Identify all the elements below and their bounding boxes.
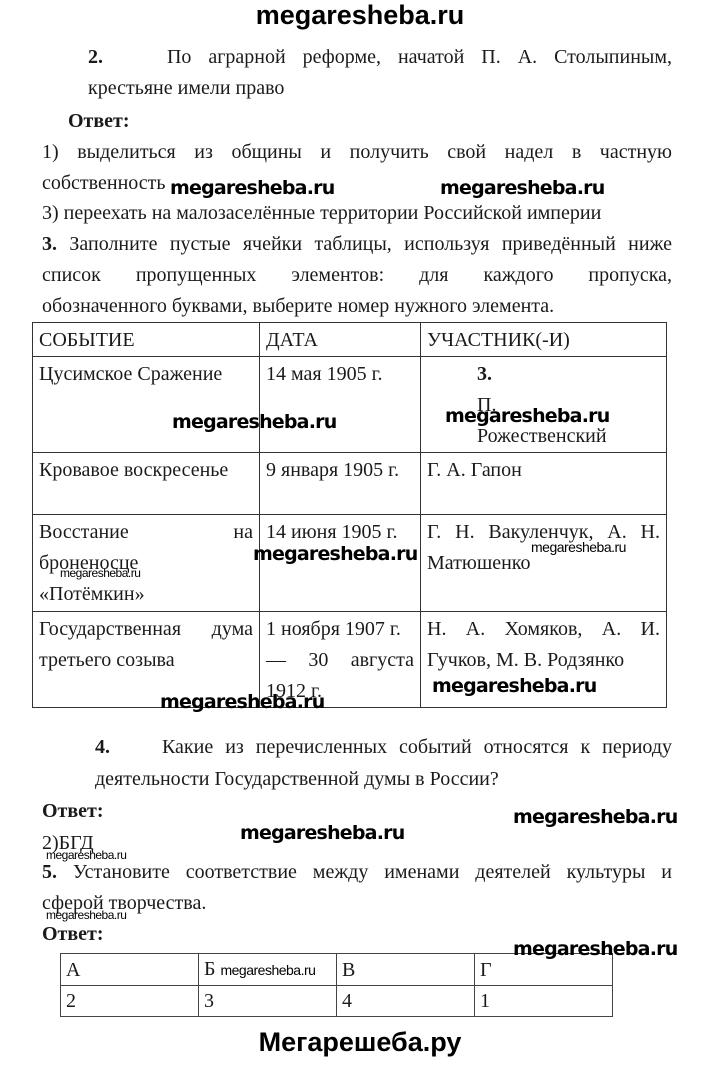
answer-letter: Б megaresheba.ru <box>199 954 337 986</box>
watermark: megaresheba.ru <box>432 675 596 697</box>
table-header: ДАТА <box>260 323 421 357</box>
table-cell-event: Цусимское Сражение <box>33 357 260 453</box>
q3-text-line2: список пропущенных элементов: для каждог… <box>42 260 672 291</box>
q2-answer-label: Ответ: <box>68 106 130 137</box>
site-header[interactable]: megaresheba.ru <box>0 0 720 31</box>
q4-answer-label: Ответ: <box>42 796 104 827</box>
table-header: СОБЫТИЕ <box>33 323 260 357</box>
answer-letter: А <box>61 954 199 986</box>
answer-table-row: 2 3 4 1 <box>61 986 613 1017</box>
q4-text: Какие из перечисленных событий относятся… <box>162 736 672 758</box>
table-cell-date: 9 января 1905 г. <box>260 453 421 515</box>
q3-text: Заполните пустые ячейки таблицы, использ… <box>69 233 672 255</box>
table-header-row: СОБЫТИЕ ДАТА УЧАСТНИК(-И) <box>33 323 667 357</box>
q3-text-line3: обозначенного буквами, выберите номер ну… <box>42 291 554 322</box>
q2-text-line1: 2. По аграрной реформе, начатой П. А. Ст… <box>88 42 672 73</box>
q3-text-line1: 3. Заполните пустые ячейки таблицы, испо… <box>42 229 672 260</box>
q4-text-line1: 4. Какие из перечисленных событий относя… <box>95 732 672 763</box>
q2-text: По аграрной реформе, начатой П. А. Столы… <box>167 46 672 68</box>
q5-answer-label: Ответ: <box>42 919 104 950</box>
answer-table: А Б megaresheba.ru В Г 2 3 4 1 <box>60 953 613 1017</box>
table-cell-date: 14 мая 1905 г. <box>260 357 421 453</box>
table-cell-participant: Г. А. Гапон <box>421 453 667 515</box>
table-row: Кровавое воскресенье 9 января 1905 г. Г.… <box>33 453 667 515</box>
watermark: megaresheba.ru <box>513 806 677 828</box>
answer-value: 3 <box>199 986 337 1017</box>
watermark: megaresheba.ru <box>170 177 334 199</box>
answer-value: 2 <box>61 986 199 1017</box>
q4-text-line2: деятельности Государственной думы в Росс… <box>95 764 499 795</box>
table-cell-event: Кровавое воскресенье <box>33 453 260 515</box>
q2-answer-line2: собственность <box>42 168 166 199</box>
watermark: megaresheba.ru <box>445 405 609 427</box>
q4-number: 4. <box>95 736 110 758</box>
watermark: megaresheba.ru <box>160 691 324 713</box>
watermark: megaresheba.ru <box>513 938 677 960</box>
answer-value: 1 <box>475 986 613 1017</box>
participant-number: 3. <box>477 363 492 385</box>
table-cell-participant: Г. Н. Вакуленчук, А. Н. Матюшенко <box>421 515 667 612</box>
watermark: megaresheba.ru <box>253 543 417 565</box>
watermark: megaresheba.ru <box>240 822 404 844</box>
watermark: megaresheba.ru <box>220 962 315 978</box>
q5-number: 5. <box>42 861 57 883</box>
table-header: УЧАСТНИК(-И) <box>421 323 667 357</box>
site-footer[interactable]: Мегарешеба.ру <box>0 1027 720 1058</box>
q2-answer-line1: 1) выделиться из общины и получить свой … <box>42 137 672 168</box>
watermark: megaresheba.ru <box>531 539 626 555</box>
q3-number: 3. <box>42 233 57 255</box>
q2-answer-line3: 3) переехать на малозаселённые территори… <box>42 198 601 229</box>
q2-number: 2. <box>88 46 103 68</box>
watermark: megaresheba.ru <box>172 411 336 433</box>
answer-value: 4 <box>337 986 475 1017</box>
q5-text: Установите соответствие между именами де… <box>73 861 672 883</box>
answer-letter: В <box>337 954 475 986</box>
watermark: megaresheba.ru <box>440 177 604 199</box>
table-cell-event: Восстание на броненосце «Потёмкин» <box>33 515 260 612</box>
watermark: megaresheba.ru <box>60 566 140 580</box>
events-table: СОБЫТИЕ ДАТА УЧАСТНИК(-И) Цусимское Сраж… <box>32 322 667 708</box>
q5-text-line1: 5. Установите соответствие между именами… <box>42 857 672 888</box>
q2-text-line2: крестьяне имели право <box>88 73 284 104</box>
